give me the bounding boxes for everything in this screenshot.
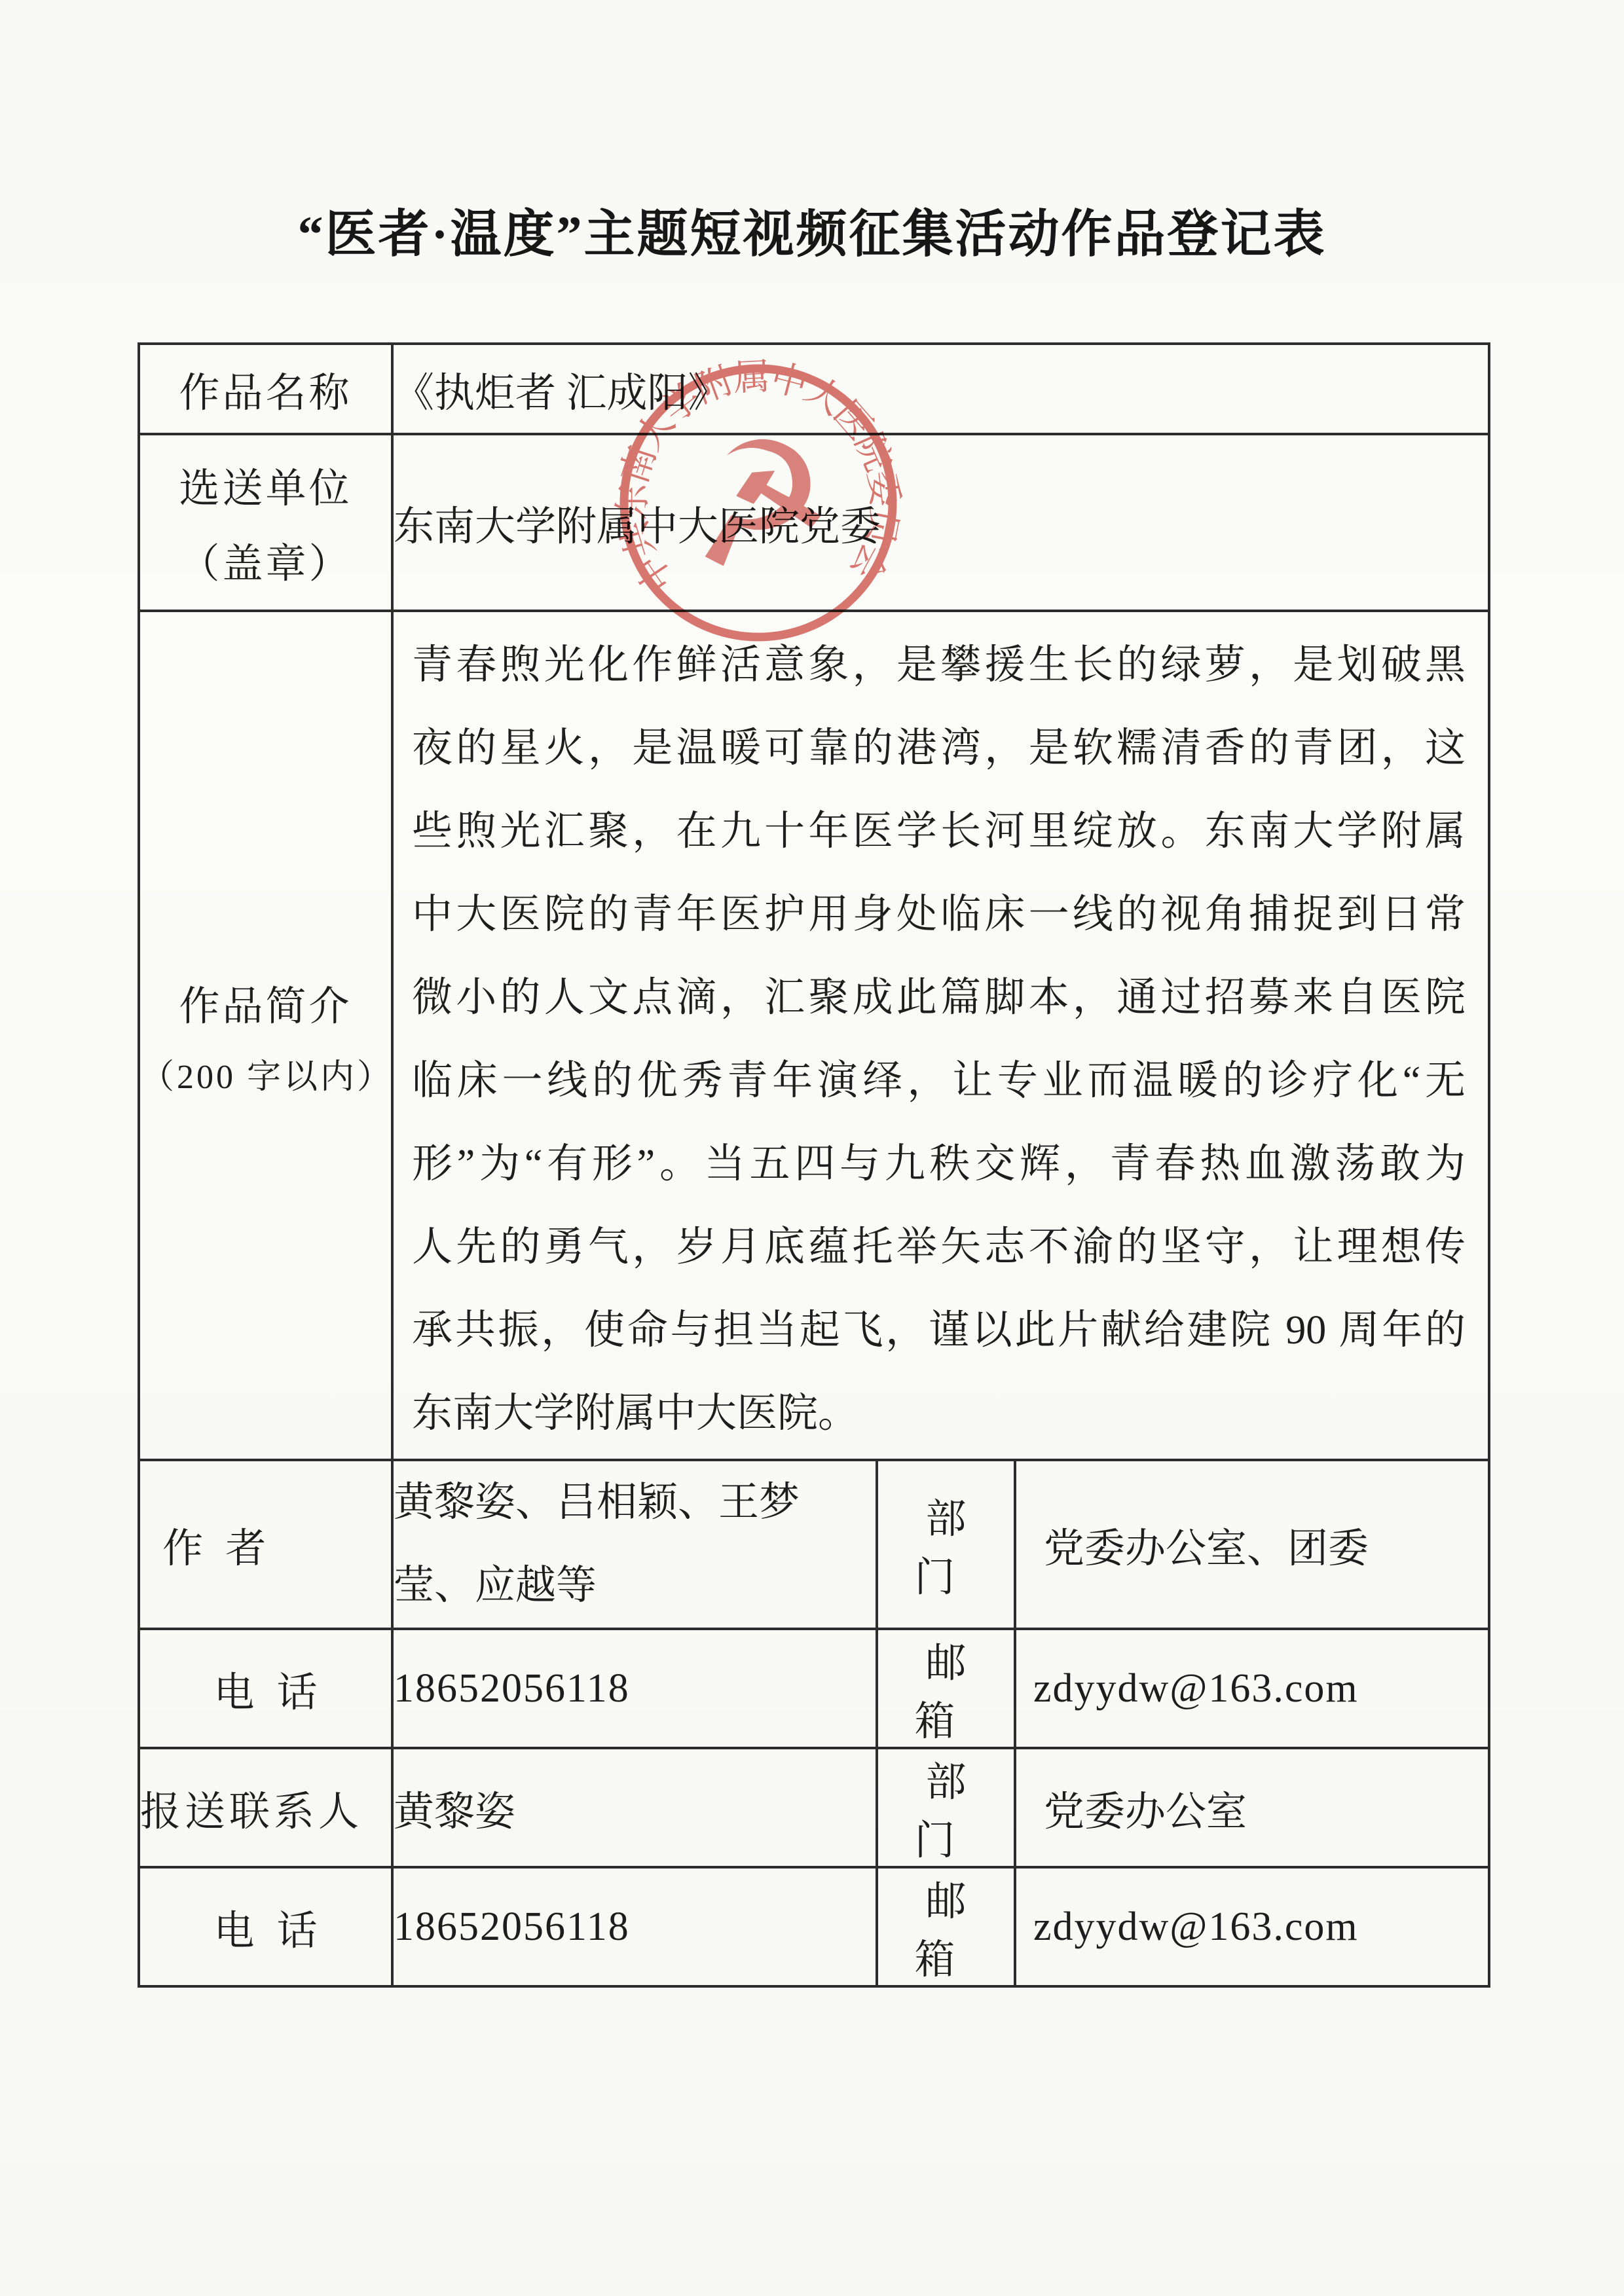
email1-label: 邮箱 [877, 1629, 1015, 1748]
synopsis-label-line1: 作品简介 [140, 974, 391, 1032]
phone1-value: 18652056118 [392, 1629, 877, 1748]
phone2-value: 18652056118 [392, 1867, 877, 1986]
phone1-label: 电话 [139, 1629, 392, 1748]
table-row-authors: 作者 黄黎姿、吕相颖、王梦莹、应越等 部门 党委办公室、团委 [139, 1460, 1489, 1629]
table-row-work-title: 作品名称 《执炬者 汇成阳》 [139, 344, 1489, 434]
table-row-contact: 报送联系人 黄黎姿 部门 党委办公室 [139, 1748, 1489, 1867]
synopsis-text: 青春煦光化作鲜活意象，是攀援生长的绿萝，是划破黑夜的星火，是温暖可靠的港湾，是软… [394, 616, 1488, 1455]
authors-dept-value: 党委办公室、团委 [1015, 1460, 1489, 1629]
synopsis-line: 承共振，使命与担当起飞，谨以此片献给建院 90 周年的 [412, 1289, 1466, 1372]
submitting-unit-value: 东南大学附属中大医院党委 [392, 434, 1489, 611]
table-row-phone-2: 电话 18652056118 邮箱 zdyydw@163.com [139, 1867, 1489, 1986]
phone2-label: 电话 [139, 1867, 392, 1986]
contact-dept-value: 党委办公室 [1015, 1748, 1489, 1867]
email1-value: zdyydw@163.com [1015, 1629, 1489, 1748]
authors-dept-label: 部门 [877, 1460, 1015, 1629]
email2-value: zdyydw@163.com [1015, 1867, 1489, 1986]
table-row-submitting-unit: 选送单位 （盖章） 东南大学附属中大医院党委 [139, 434, 1489, 611]
work-title-label: 作品名称 [139, 344, 392, 434]
synopsis-line: 东南大学附属中大医院。 [412, 1372, 1466, 1455]
registration-table: 作品名称 《执炬者 汇成阳》 选送单位 （盖章） 东南大学附属中大医院党委 作品… [138, 342, 1490, 1988]
synopsis-value: 青春煦光化作鲜活意象，是攀援生长的绿萝，是划破黑夜的星火，是温暖可靠的港湾，是软… [392, 611, 1489, 1460]
synopsis-line: 青春煦光化作鲜活意象，是攀援生长的绿萝，是划破黑 [412, 624, 1466, 707]
authors-value: 黄黎姿、吕相颖、王梦莹、应越等 [392, 1460, 877, 1629]
email2-label: 邮箱 [877, 1867, 1015, 1986]
authors-label: 作者 [139, 1460, 392, 1629]
synopsis-line: 些煦光汇聚，在九十年医学长河里绽放。东南大学附属 [412, 790, 1466, 873]
synopsis-line: 形”为“有形”。当五四与九秩交辉，青春热血激荡敢为 [412, 1123, 1466, 1206]
contact-label: 报送联系人 [139, 1748, 392, 1867]
synopsis-line: 人先的勇气，岁月底蕴托举矢志不渝的坚守，让理想传 [412, 1206, 1466, 1289]
synopsis-label-line2: （200 字以内） [140, 1049, 391, 1098]
submitting-unit-label-line1: 选送单位 [140, 456, 391, 514]
scanned-document-page: { "page": { "title": "“医者·温度”主题短视频征集活动作品… [0, 0, 1624, 2296]
table-row-phone-1: 电话 18652056118 邮箱 zdyydw@163.com [139, 1629, 1489, 1748]
work-title-value: 《执炬者 汇成阳》 [392, 344, 1489, 434]
synopsis-label: 作品简介 （200 字以内） [139, 611, 392, 1460]
synopsis-line: 临床一线的优秀青年演绎，让专业而温暖的诊疗化“无 [412, 1040, 1466, 1123]
synopsis-line: 中大医院的青年医护用身处临床一线的视角捕捉到日常 [412, 873, 1466, 957]
page-title: “医者·温度”主题短视频征集活动作品登记表 [0, 193, 1624, 266]
synopsis-line: 微小的人文点滴，汇聚成此篇脚本，通过招募来自医院 [412, 957, 1466, 1040]
submitting-unit-label-line2: （盖章） [140, 531, 391, 589]
synopsis-line: 夜的星火，是温暖可靠的港湾，是软糯清香的青团，这 [412, 707, 1466, 790]
contact-dept-label: 部门 [877, 1748, 1015, 1867]
contact-value: 黄黎姿 [392, 1748, 877, 1867]
table-row-synopsis: 作品简介 （200 字以内） 青春煦光化作鲜活意象，是攀援生长的绿萝，是划破黑夜… [139, 611, 1489, 1460]
submitting-unit-label: 选送单位 （盖章） [139, 434, 392, 611]
